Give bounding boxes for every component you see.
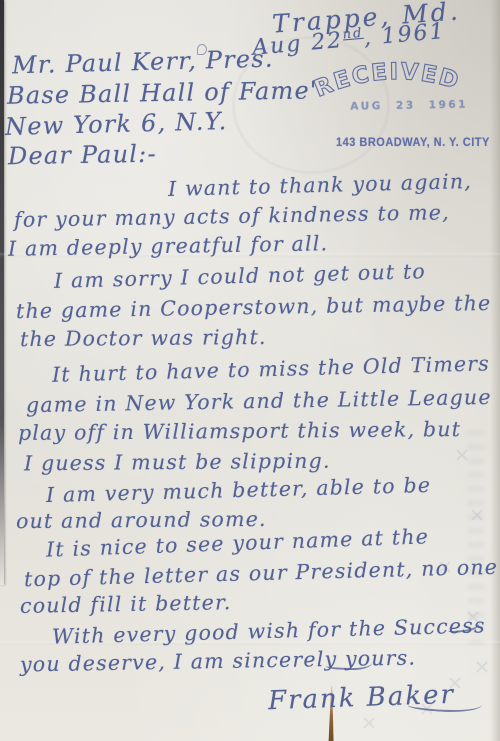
- salutation: Dear Paul:-: [8, 140, 157, 171]
- received-stamp-address: 143 BROADWAY, N. Y. CITY: [336, 137, 490, 150]
- recipient-city-line: New York 6, N.Y.: [5, 107, 228, 141]
- body-line: I guess I must be slipping.: [24, 449, 331, 476]
- body-line: out and around some.: [16, 507, 267, 533]
- body-line: could fill it better.: [20, 590, 232, 618]
- received-stamp-text: RECEIVED: [311, 58, 462, 103]
- body-line: I am very much better, able to be: [46, 473, 432, 507]
- heading-date-ordinal: nd: [342, 26, 364, 43]
- bleed-through-x-mark: [455, 448, 469, 462]
- body-line: I want to thank you again,: [168, 169, 472, 201]
- received-stamp-date: AUG 23 1961: [350, 99, 468, 113]
- body-line: for your many acts of kindness to me,: [14, 200, 450, 232]
- recipient-name-line: Mr. Paul Kerr, Pres.: [12, 45, 274, 80]
- body-line: I am sorry I could not get out to: [54, 259, 426, 293]
- scan-edge-left: [0, 0, 4, 585]
- svg-text:RECEIVED: RECEIVED: [311, 58, 462, 103]
- bleed-through-x-mark: [475, 660, 489, 674]
- body-line: game in New York and the Little League: [26, 385, 492, 417]
- body-line: you deserve, I am sincerely yours.: [20, 646, 416, 677]
- body-line: It hurt to have to miss the Old Timers: [52, 351, 491, 386]
- signature-flourish: [408, 697, 483, 714]
- received-stamp: RECEIVED AUG 23 1961: [311, 51, 462, 120]
- recipient-org-line: Base Ball Hall of Fame': [7, 76, 318, 109]
- heading-date-year: , 1961: [363, 19, 447, 51]
- body-line: play off in Williamsport this week, but: [18, 417, 461, 445]
- body-line: the game in Cooperstown, but maybe the: [16, 291, 492, 323]
- body-line: top of the letter as our President, no o…: [24, 555, 499, 591]
- bleed-through-x-mark: [362, 716, 376, 730]
- body-line: the Doctor was right.: [20, 325, 267, 351]
- bleed-through-x-mark: [470, 508, 484, 522]
- scan-edge-right: [490, 0, 500, 741]
- received-stamp-arc: RECEIVED: [311, 51, 462, 106]
- letter-page: Trappe, Md. Aug 22nd, 1961 RECEIVED AUG …: [0, 0, 500, 741]
